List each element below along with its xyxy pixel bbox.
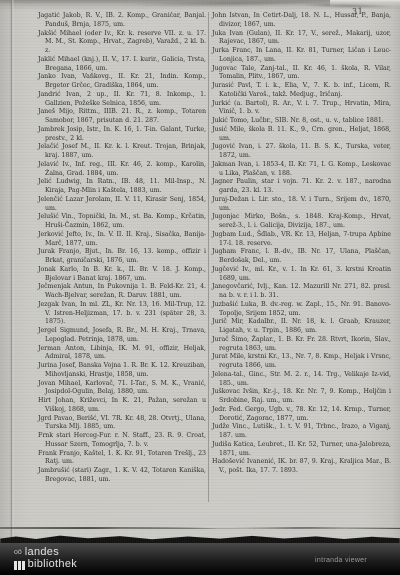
- directory-entry: Jagner Paulin, star i vojn. 71. Kr. 2. v…: [212, 178, 391, 196]
- directory-entry: Hadošević Ivanenić, IK. br. 87, 9. Kraj.…: [212, 458, 391, 476]
- directory-entry: Jusić Mile, škola B. 11. K., 9., Crn. gr…: [212, 126, 391, 144]
- directory-entry: Jurat Mile, krstni Kr., 13., Nr. 7, 8. K…: [212, 353, 391, 371]
- page-fold-shadow: [10, 0, 14, 540]
- directory-entry: Judže Vinc., Lutišk., 1. t. V. 91, Trbnc…: [212, 423, 391, 441]
- directory-entry: Jergel Sigmund, Josefa, R. Br., M. H. Kr…: [38, 327, 206, 345]
- directory-entry: Jurkić (a. Bartol), R. Ar., V. i. 7. Tru…: [212, 100, 391, 118]
- directory-entry: Janeš Mijo, Rittm., IIIB. 21. R., z. kom…: [38, 108, 206, 126]
- column-divider-rule: [208, 12, 209, 502]
- directory-entry: Jugović Ivan, i. 27. škola, 11. B. S. K.…: [212, 143, 391, 161]
- viewer-name-link[interactable]: intranda viewer: [315, 557, 367, 564]
- directory-entry: Hirt Johan, Križevci, In K. 21, Pažan, s…: [38, 397, 206, 415]
- directory-entry: Jaklić Mihael (knj.), II. V., 17. I. kur…: [38, 56, 206, 74]
- directory-entry: Jerković Jefto, Iv., In. V. II. II. Kraj…: [38, 231, 206, 249]
- logo-line-2: bibliothek: [14, 558, 77, 570]
- directory-entry: Jelačić Josef M., II. Kr. k. l. Kreut. T…: [38, 143, 206, 161]
- directory-entry: Juraj-Dežan i. Lir. sto., 18. V. i Turn.…: [212, 196, 391, 214]
- directory-entry: Jovan Mihael, Karlovač, 71. I-Tar., S. M…: [38, 380, 206, 398]
- directory-entry: Jurič Mir, Kadalbr., II. Nr. 18, k. l. G…: [212, 318, 391, 336]
- logo-landes-label: landes: [25, 547, 59, 558]
- directory-column-right: John Istvan, In Cetirt-Dalj, 18. N. L., …: [212, 12, 391, 476]
- page-crease-line: [0, 527, 400, 529]
- directory-entry: Jelavić Iv., Inf. reg., III. Kr. 46, 2. …: [38, 161, 206, 179]
- directory-entry: Jukić Tomo, Lučbr., SIB. Nr. 8, ost., u.…: [212, 117, 391, 126]
- directory-entry: Jerman Anton, Libinja, IK. M. 91, offizi…: [38, 345, 206, 363]
- library-logo[interactable]: oö landes bibliothek: [14, 546, 77, 570]
- directory-entry: John Istvan, In Cetirt-Dalj, 18. N. L., …: [212, 12, 391, 30]
- directory-entry: Jurina Josef, Banska Vojna 1. R. Br. K. …: [38, 362, 206, 380]
- directory-entry: Jelena-tal., Ginc., Str. M. 2. r., 14. T…: [212, 371, 391, 389]
- directory-entry: Frnk stari Herceg-Fur. r. N. Staff., 23.…: [38, 432, 206, 450]
- directory-entry: Jonak Karlo, In B. Kr. k., II. Br. V. 18…: [38, 266, 206, 284]
- directory-entry: Jakman Ivan, i. 1853-4, II. Kr. 71, I. G…: [212, 161, 391, 179]
- directory-entry: Ječmenjak Antun, In Pukovnija 1. B. Feld…: [38, 283, 206, 301]
- directory-entry: Frank Franjo, Kaštel, 1. K. Kr. 91, Tota…: [38, 450, 206, 468]
- directory-entry: Jedr. Fed. Gergo, Ugb. v., 78. Kr. 12, 1…: [212, 406, 391, 424]
- directory-entry: Jagatić Jakob, R. V., IB. 2. Komp., Gran…: [38, 12, 206, 30]
- directory-entry: Jambrušić (stari) Zagr., 1. K. V. 42, To…: [38, 467, 206, 485]
- directory-entry: Jugčević Iv., ml. Kr., v. 1. In Kr. 61, …: [212, 266, 391, 284]
- directory-entry: Jugonjac Mirko, Bošn., s. 1848. Kraj-Kom…: [212, 213, 391, 231]
- directory-entry: Jurak Franjo, Bjut., In. Br. 16, 13. kom…: [38, 248, 206, 266]
- directory-entry: Janegovčarić, Ivlj., Kan. 12. Mazurill N…: [212, 283, 391, 301]
- logo-line-1: oö landes: [14, 546, 77, 558]
- directory-entry: Jelušić Vin., Topnički, In. M., st. Ba. …: [38, 213, 206, 231]
- directory-entry: Jurka Franc, In Lana, II. Kr. 81, Turner…: [212, 47, 391, 65]
- scan-corner-highlight: [330, 0, 400, 7]
- directory-entry: Jugovac Tale, Zanj-tal., II. Kr. 46, 1. …: [212, 65, 391, 83]
- directory-entry: Jezgak Ivan, In ml. ZL, Kr. Nr. 13, 16. …: [38, 301, 206, 327]
- directory-entry: Jambrek Josip, Istr., In. K. 16, 1. T-in…: [38, 126, 206, 144]
- directory-entry: Jakšić Mihael (oder Iv., Kr. k. reserve …: [38, 30, 206, 56]
- directory-entry: Janko Ivan, Vaňkovg., II. Kr. 21, Indin.…: [38, 73, 206, 91]
- directory-entry: Juškovac Ivšin, Kr.-j., 18. Kr. Nr. 7, 9…: [212, 388, 391, 406]
- directory-entry: Juka Ivan (Gulan), II. Kr. 17, V., serež…: [212, 30, 391, 48]
- viewer-footer: oö landes bibliothek intranda viewer: [0, 543, 400, 575]
- directory-entry: Jelić Ludwig, In Ratn., IB. 48, 11. Mil-…: [38, 178, 206, 196]
- directory-entry: Jelenčić Lazar Jerolam, II. V. 11, Kiras…: [38, 196, 206, 214]
- logo-bibliothek-label: bibliothek: [28, 559, 77, 570]
- directory-entry: Jugham Franc, l. B.-dv., IB. Nr. 17, Ula…: [212, 248, 391, 266]
- directory-entry: Jurasić Pavl, T. i. k., Elia, V., 7. K. …: [212, 82, 391, 100]
- directory-entry: Jandrić Ivan, 2 up., II. Kr. 71, 8. Inko…: [38, 91, 206, 109]
- directory-entry: Jurač Šimo, Žaplar., 1. B. Kr. Fr. 28. R…: [212, 336, 391, 354]
- directory-entry: Judiša Katica, Leubret., II. Kr. 52, Tur…: [212, 441, 391, 459]
- logo-bars-icon: [14, 561, 25, 570]
- scanned-page: 31 Jagatić Jakob, R. V., IB. 2. Komp., G…: [0, 0, 400, 543]
- logo-prefix: oö: [14, 548, 22, 558]
- directory-column-left: Jagatić Jakob, R. V., IB. 2. Komp., Gran…: [38, 12, 206, 485]
- directory-entry: Juzbašić Luka, B. dv.-reg. w. Zapl., 15.…: [212, 301, 391, 319]
- directory-entry: Jugbam Lud., Šđlab., VR. Kr. 13, Heljan,…: [212, 231, 391, 249]
- directory-entry: Jgrd Pavao, Berišć, VI. 7R. Kr. 48, 28. …: [38, 415, 206, 433]
